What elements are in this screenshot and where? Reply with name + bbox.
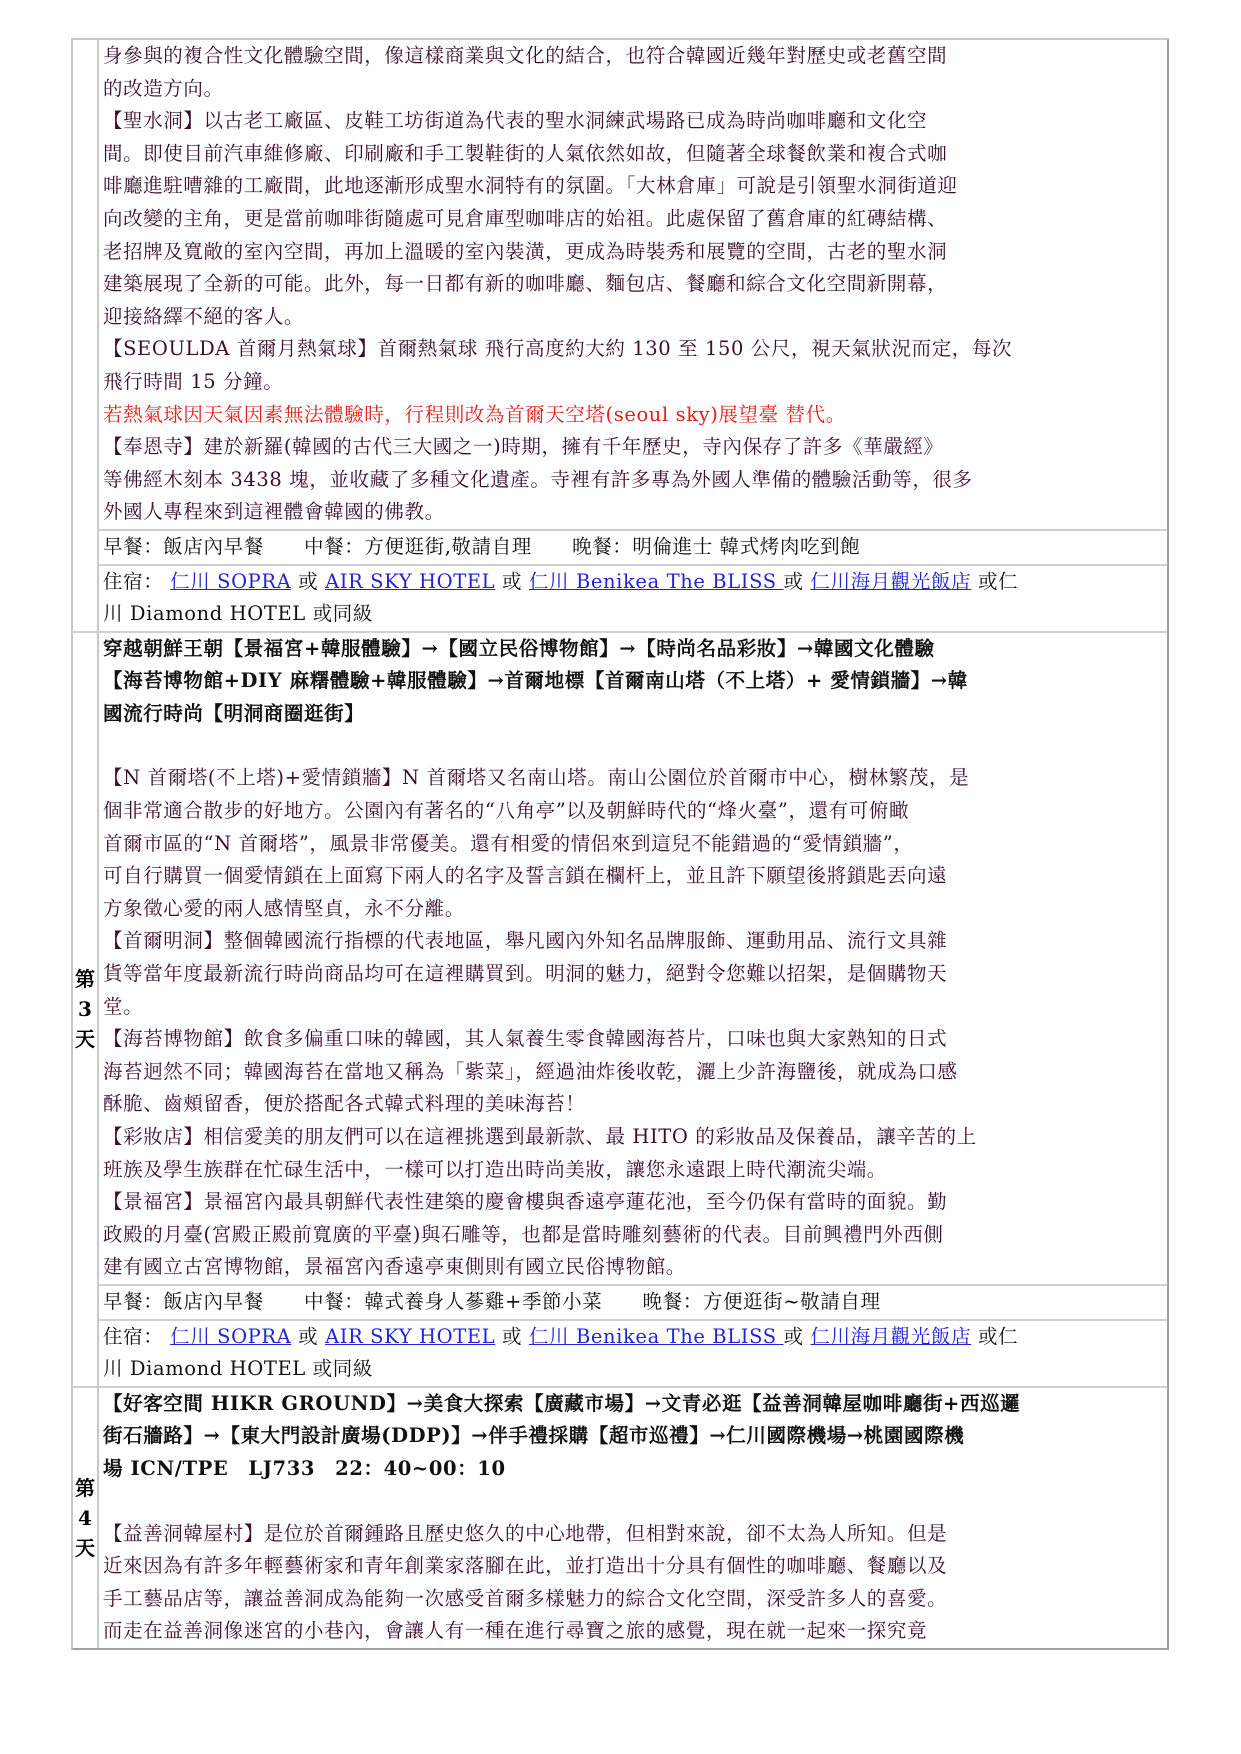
text-line: 的改造方向。	[103, 73, 1167, 106]
text-line: 堂。	[103, 991, 1167, 1024]
day2-label-cell	[73, 40, 98, 631]
hotel-separator: 或	[783, 1325, 803, 1348]
text-line: 啡廳進駐嘈雜的工廠間，此地逐漸形成聖水洞特有的氛圍。「大林倉庫」可說是引領聖水洞…	[103, 170, 1167, 203]
hotel-line: 住宿： 仁川 SOPRA 或 AIR SKY HOTEL 或 仁川 Benike…	[103, 1321, 1167, 1354]
hotel-separator: 或	[298, 570, 318, 593]
text-line: 身參與的複合性文化體驗空間，像這樣商業與文化的結合，也符合韓國近幾年對歷史或老舊…	[103, 40, 1167, 73]
text-line: 【海苔博物館】飲食多偏重口味的韓國，其人氣養生零食韓國海苔片，口味也與大家熟知的…	[103, 1023, 1167, 1056]
hotel-link-benikea[interactable]: 仁川 Benikea The BLISS	[529, 570, 784, 593]
day3-description-cell: 穿越朝鮮王朝【景福宮+韓服體驗】→【國立民俗博物館】→【時尚名品彩妝】→韓國文化…	[98, 631, 1167, 1284]
text-line: 建有國立古宮博物館，景福宮內香遠亭東側則有國立民俗博物館。	[103, 1251, 1167, 1284]
day2-meals-cell: 早餐：飯店內早餐 中餐：方便逛街,敬請自理 晚餐：明倫進士 韓式烤肉吃到飽	[98, 529, 1167, 564]
day3-label-cell: 第 3 天	[73, 631, 98, 1386]
text-line: 老招牌及寬敞的室內空間，再加上溫暖的室內裝潢，更成為時裝秀和展覽的空間，古老的聖…	[103, 236, 1167, 269]
text-line: 【景福宮】景福宮內最具朝鮮代表性建築的慶會樓與香遠亭蓮花池，至今仍保有當時的面貌…	[103, 1186, 1167, 1219]
text-line: 貨等當年度最新流行時尚商品均可在這裡購買到。明洞的魅力，絕對令您難以招架，是個購…	[103, 958, 1167, 991]
text-line: 可自行購買一個愛情鎖在上面寫下兩人的名字及誓言鎖在欄杆上，並且許下願望後將鎖匙丟…	[103, 860, 1167, 893]
text-line: 【彩妝店】相信愛美的朋友們可以在這裡挑選到最新款、最 HITO 的彩妝品及保養品…	[103, 1121, 1167, 1154]
day4-title: 場 ICN/TPE LJ733 22：40~00：10	[103, 1453, 1167, 1486]
hotel-link-sopra[interactable]: 仁川 SOPRA	[170, 1325, 291, 1348]
hotel-link-air-sky[interactable]: AIR SKY HOTEL	[325, 1325, 495, 1348]
hotel-suffix: 或仁	[978, 1325, 1018, 1348]
text-line: 【奉恩寺】建於新羅(韓國的古代三大國之一)時期，擁有千年歷史，寺內保存了許多《華…	[103, 431, 1167, 464]
day4-label-char: 第	[73, 1473, 97, 1503]
text-line: 外國人專程來到這裡體會韓國的佛教。	[103, 496, 1167, 529]
text-line: 向改變的主角，更是當前咖啡街隨處可見倉庫型咖啡店的始祖。此處保留了舊倉庫的紅磚結…	[103, 203, 1167, 236]
hotel-separator: 或	[783, 570, 803, 593]
text-line: 而走在益善洞像迷宮的小巷內，會讓人有一種在進行尋寶之旅的感覺，現在就一起來一探究…	[103, 1615, 1167, 1648]
text-line: 【聖水洞】以古老工廠區、皮鞋工坊街道為代表的聖水洞練武場路已成為時尚咖啡廳和文化…	[103, 105, 1167, 138]
text-line: 【SEOULDA 首爾月熱氣球】首爾熱氣球 飛行高度約大約 130 至 150 …	[103, 333, 1167, 366]
day4-label-number: 4	[73, 1503, 97, 1533]
spacer	[103, 1486, 1167, 1518]
day4-description-cell: 【好客空間 HIKR GROUND】→美食大探索【廣藏市場】→文青必逛【益善洞韓…	[98, 1386, 1167, 1648]
day3-description-row: 第 3 天 穿越朝鮮王朝【景福宮+韓服體驗】→【國立民俗博物館】→【時尚名品彩妝…	[73, 631, 1167, 1284]
text-line: 近來因為有許多年輕藝術家和青年創業家落腳在此，並打造出十分具有個性的咖啡廳、餐廳…	[103, 1550, 1167, 1583]
text-line: 海苔迥然不同；韓國海苔在當地又稱為「紫菜」，經過油炸後收乾，灑上少許海鹽後，就成…	[103, 1056, 1167, 1089]
hotel-line-2: 川 Diamond HOTEL 或同級	[103, 598, 1167, 631]
text-line: 【益善洞韓屋村】是位於首爾鍾路且歷史悠久的中心地帶，但相對來說，卻不太為人所知。…	[103, 1518, 1167, 1551]
hotel-separator: 或	[298, 1325, 318, 1348]
hotel-line: 住宿： 仁川 SOPRA 或 AIR SKY HOTEL 或 仁川 Benike…	[103, 566, 1167, 599]
meals-text: 早餐：飯店內早餐 中餐：韓式養身人蔘雞+季節小菜 晚餐：方便逛街~敬請自理	[103, 1286, 1167, 1319]
day3-hotel-cell: 住宿： 仁川 SOPRA 或 AIR SKY HOTEL 或 仁川 Benike…	[98, 1319, 1167, 1386]
hotel-prefix: 住宿：	[103, 1325, 163, 1348]
day3-meals-row: 早餐：飯店內早餐 中餐：韓式養身人蔘雞+季節小菜 晚餐：方便逛街~敬請自理	[73, 1284, 1167, 1319]
text-line: 【首爾明洞】整個韓國流行指標的代表地區，舉凡國內外知名品牌服飾、運動用品、流行文…	[103, 925, 1167, 958]
hotel-link-haewol[interactable]: 仁川海月觀光飯店	[810, 570, 971, 593]
hotel-separator: 或	[502, 570, 522, 593]
text-line: 飛行時間 15 分鐘。	[103, 366, 1167, 399]
text-line: 間。即使目前汽車維修廠、印刷廠和手工製鞋街的人氣依然如故，但隨著全球餐飲業和複合…	[103, 138, 1167, 171]
text-line: 手工藝品店等，讓益善洞成為能夠一次感受首爾多樣魅力的綜合文化空間，深受許多人的喜…	[103, 1583, 1167, 1616]
day4-label-cell: 第 4 天	[73, 1386, 98, 1648]
spacer	[103, 730, 1167, 762]
day3-label-number: 3	[73, 994, 97, 1024]
day4-description-row: 第 4 天 【好客空間 HIKR GROUND】→美食大探索【廣藏市場】→文青必…	[73, 1386, 1167, 1648]
text-line: 【N 首爾塔(不上塔)+愛情鎖牆】N 首爾塔又名南山塔。南山公園位於首爾市中心，…	[103, 762, 1167, 795]
day2-hotel-row: 住宿： 仁川 SOPRA 或 AIR SKY HOTEL 或 仁川 Benike…	[73, 564, 1167, 631]
day3-title: 國流行時尚【明洞商圈逛街】	[103, 698, 1167, 731]
day4-title: 街石牆路】→【東大門設計廣場(DDP)】→伴手禮採購【超市巡禮】→仁川國際機場→…	[103, 1420, 1167, 1453]
day2-hotel-cell: 住宿： 仁川 SOPRA 或 AIR SKY HOTEL 或 仁川 Benike…	[98, 564, 1167, 631]
text-line: 酥脆、齒頰留香，便於搭配各式韓式料理的美味海苔！	[103, 1088, 1167, 1121]
hotel-line-2: 川 Diamond HOTEL 或同級	[103, 1353, 1167, 1386]
text-line: 班族及學生族群在忙碌生活中，一樣可以打造出時尚美妝，讓您永遠跟上時代潮流尖端。	[103, 1154, 1167, 1187]
hotel-separator: 或	[502, 1325, 522, 1348]
day4-title: 【好客空間 HIKR GROUND】→美食大探索【廣藏市場】→文青必逛【益善洞韓…	[103, 1388, 1167, 1421]
day3-title: 穿越朝鮮王朝【景福宮+韓服體驗】→【國立民俗博物館】→【時尚名品彩妝】→韓國文化…	[103, 633, 1167, 666]
text-line: 方象徵心愛的兩人感情堅貞，永不分離。	[103, 893, 1167, 926]
hotel-prefix: 住宿：	[103, 570, 163, 593]
day4-label-char: 天	[73, 1533, 97, 1563]
day3-hotel-row: 住宿： 仁川 SOPRA 或 AIR SKY HOTEL 或 仁川 Benike…	[73, 1319, 1167, 1386]
text-line: 建築展現了全新的可能。此外，每一日都有新的咖啡廳、麵包店、餐廳和綜合文化空間新開…	[103, 268, 1167, 301]
hotel-link-sopra[interactable]: 仁川 SOPRA	[170, 570, 291, 593]
text-line: 個非常適合散步的好地方。公園內有著名的“八角亭”以及朝鮮時代的“烽火臺”，還有可…	[103, 795, 1167, 828]
day3-label-char: 天	[73, 1024, 97, 1054]
day3-meals-cell: 早餐：飯店內早餐 中餐：韓式養身人蔘雞+季節小菜 晚餐：方便逛街~敬請自理	[98, 1284, 1167, 1319]
weather-notice: 若熱氣球因天氣因素無法體驗時，行程則改為首爾天空塔(seoul sky)展望臺 …	[103, 399, 1167, 432]
text-line: 首爾市區的“N 首爾塔”，風景非常優美。還有相愛的情侶來到這兒不能錯過的“愛情鎖…	[103, 828, 1167, 861]
day2-description-cell: 身參與的複合性文化體驗空間，像這樣商業與文化的結合，也符合韓國近幾年對歷史或老舊…	[98, 40, 1167, 529]
text-line: 迎接絡繹不絕的客人。	[103, 301, 1167, 334]
hotel-link-haewol[interactable]: 仁川海月觀光飯店	[810, 1325, 971, 1348]
hotel-link-benikea[interactable]: 仁川 Benikea The BLISS	[529, 1325, 784, 1348]
text-line: 等佛經木刻本 3438 塊，並收藏了多種文化遺產。寺裡有許多專為外國人準備的體驗…	[103, 464, 1167, 497]
hotel-suffix: 或仁	[978, 570, 1018, 593]
day2-description-row: 身參與的複合性文化體驗空間，像這樣商業與文化的結合，也符合韓國近幾年對歷史或老舊…	[73, 40, 1167, 529]
day3-title: 【海苔博物館+DIY 麻糬體驗+韓服體驗】→首爾地標【首爾南山塔（不上塔）+ 愛…	[103, 665, 1167, 698]
day3-label-char: 第	[73, 964, 97, 994]
hotel-link-air-sky[interactable]: AIR SKY HOTEL	[325, 570, 495, 593]
itinerary-table: 身參與的複合性文化體驗空間，像這樣商業與文化的結合，也符合韓國近幾年對歷史或老舊…	[71, 38, 1169, 1650]
day2-meals-row: 早餐：飯店內早餐 中餐：方便逛街,敬請自理 晚餐：明倫進士 韓式烤肉吃到飽	[73, 529, 1167, 564]
meals-text: 早餐：飯店內早餐 中餐：方便逛街,敬請自理 晚餐：明倫進士 韓式烤肉吃到飽	[103, 531, 1167, 564]
text-line: 政殿的月臺(宮殿正殿前寬廣的平臺)與石雕等，也都是當時雕刻藝術的代表。目前興禮門…	[103, 1219, 1167, 1252]
